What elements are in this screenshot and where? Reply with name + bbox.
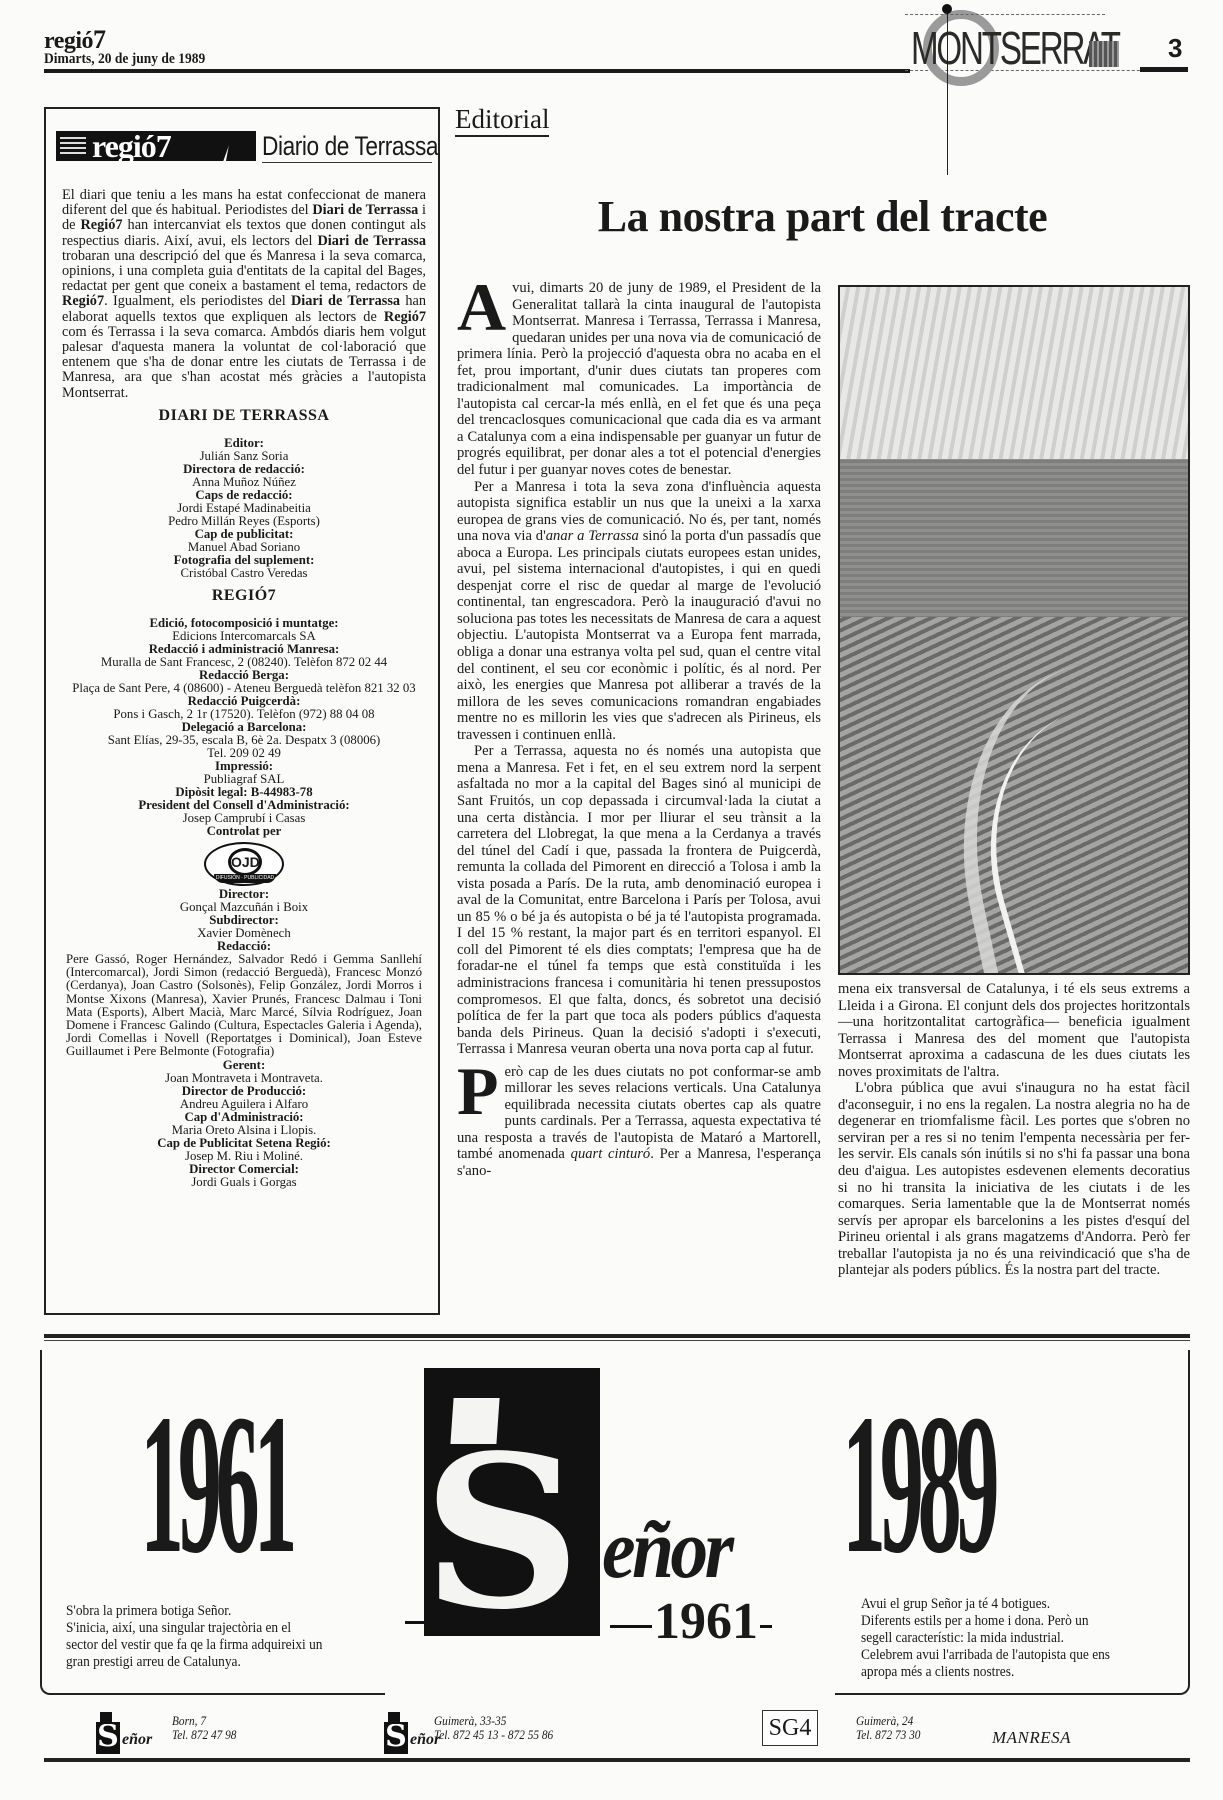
staff-list: Edició, fotocomposició i muntatge:Edicio… [54, 617, 434, 838]
ad-text-line: Avui el grup Señor ja té 4 botigues. [861, 1595, 1050, 1612]
ad-text-line: Diferents estils per a home i dona. Però… [861, 1612, 1089, 1629]
newspaper-name: Regió7 [80, 217, 122, 233]
highway-emblem-icon [1089, 41, 1119, 67]
year-1989: 1989 [842, 1390, 993, 1580]
store-phone: Tel. 872 47 98 [172, 1728, 236, 1742]
page-number-rule [1140, 67, 1188, 72]
staff-name: Andreu Aguilera i Alfaro [54, 1098, 434, 1111]
city-label: MANRESA [992, 1728, 1071, 1748]
logo-stripes-icon [60, 137, 86, 155]
paragraph-text: vui, dimarts 20 de juny de 1989, el Pres… [457, 280, 821, 478]
newspaper-name: Diari de Terrassa [312, 202, 418, 218]
header-rule [44, 69, 910, 73]
paragraph: Per a Terrassa, aquesta no és només una … [457, 743, 821, 1057]
logo-dash [405, 1621, 425, 1624]
ad-top-rule-thin [44, 1340, 1190, 1341]
intro-text: trobaran una descripció del que és Manre… [62, 248, 426, 294]
paragraph: mena eix transversal de Catalunya, i té … [838, 981, 1190, 1080]
ad-text-line: gran prestigi arreu de Catalunya. [66, 1653, 241, 1670]
ad-text-line: segell característic: la mida industrial… [861, 1629, 1064, 1646]
partner-logos: regió7 Diario de Terrassa [56, 131, 430, 161]
ojd-logo: OJD DIFUSIÓN · PUBLICIDAD [204, 842, 284, 886]
section-title: REGIÓ7 [54, 587, 434, 605]
highway-photo [838, 285, 1190, 975]
store-logo-text: eñor [122, 1732, 152, 1748]
masthead: regió7 Dimarts, 20 de juny de 1989 [44, 30, 223, 67]
staff-list: Director:Gonçal Mazcuñán i BoixSubdirect… [54, 888, 434, 940]
store-street: Guimerà, 24 [856, 1714, 920, 1728]
staff-role: Controlat per [54, 825, 434, 838]
senor-s-icon: S [384, 1722, 408, 1754]
staff-name: Josep M. Riu i Moliné. [54, 1150, 434, 1163]
editorial-column-2: mena eix transversal de Catalunya, i té … [838, 981, 1190, 1279]
staff-name: Maria Oreto Alsina i Llopis. [54, 1124, 434, 1137]
staff-role: Gerent: [54, 1059, 434, 1072]
regio7-logo: regió7 [56, 131, 234, 161]
newspaper-brand: regió7 [44, 30, 223, 51]
sg4-store-logo: SG4 [762, 1710, 818, 1746]
newspaper-name: Regió7 [62, 293, 104, 309]
store-street: Born, 7 [172, 1714, 236, 1728]
redaccio-list: Pere Gassó, Roger Hernández, Salvador Re… [54, 953, 434, 1059]
store-list: Señor Born, 7Tel. 872 47 98 Señor Guimer… [96, 1706, 1190, 1756]
staff-list: Gerent:Joan Montraveta i Montraveta.Dire… [54, 1059, 434, 1189]
photo-hills [840, 459, 1188, 619]
brand-seven: 7 [93, 25, 106, 54]
staff-role: Director de Producció: [54, 1085, 434, 1098]
store-address: Guimerà, 33-35Tel. 872 45 13 - 872 55 86 [434, 1714, 553, 1742]
intro-text: com és Terrassa i la seva comarca. Ambdó… [62, 324, 426, 401]
drop-cap: A [457, 282, 506, 332]
ad-text-line: S'obra la primera botiga Señor. [66, 1602, 231, 1619]
store-phone: Tel. 872 45 13 - 872 55 86 [434, 1728, 553, 1742]
store-phone: Tel. 872 73 30 [856, 1728, 920, 1742]
senor-logo-s: S [422, 1438, 581, 1628]
credits-box: regió7 Diario de Terrassa El diari que t… [44, 107, 440, 1315]
newspaper-name: Regió7 [384, 309, 426, 325]
paragraph-text: Per a Terrassa, aquesta no és només una … [457, 743, 821, 1057]
editorial-column-1: Avui, dimarts 20 de juny de 1989, el Pre… [457, 280, 821, 1180]
senor-logo-year: 1961 [610, 1594, 772, 1650]
section-title: DIARI DE TERRASSA [54, 407, 434, 425]
regio7-logo-text: regió7 [92, 128, 171, 164]
headline: La nostra part del tracte [455, 193, 1190, 241]
logo-dash [610, 1625, 652, 1628]
intro-text: . Igualment, els periodistes del [104, 293, 291, 309]
ad-top-rule [44, 1334, 1190, 1338]
section-logo-text: MONTSERRAT [911, 24, 1119, 72]
italic-phrase: quart cinturó [571, 1146, 651, 1162]
senor-logo-text: eñor [602, 1508, 730, 1592]
ad-text-line: apropa més a clients nostres. [861, 1663, 1014, 1680]
store-address: Guimerà, 24Tel. 872 73 30 [856, 1714, 920, 1742]
store-address: Born, 7Tel. 872 47 98 [172, 1714, 236, 1742]
ojd-logo-mark: OJD [228, 848, 262, 876]
pin-line [947, 10, 948, 175]
paragraph-text: sinó la porta d'un passadís que aboca a … [457, 528, 821, 743]
logo-rule [262, 162, 432, 163]
bottom-rule [44, 1758, 1190, 1762]
senor-s-icon: S [96, 1722, 120, 1754]
ad-text-line: S'inicia, així, una singular trajectòria… [66, 1619, 291, 1636]
staff-role: Cap de Publicitat Setena Regió: [54, 1137, 434, 1150]
store-street: Guimerà, 33-35 [434, 1714, 553, 1728]
staff-list: Editor:Julián Sanz SoriaDirectora de red… [54, 437, 434, 580]
newspaper-name: Diari de Terrassa [291, 293, 400, 309]
staff-role: Cap d'Administració: [54, 1111, 434, 1124]
staff-name: Jordi Guals i Gorgas [54, 1176, 434, 1189]
regio7-staff: REGIÓ7 Edició, fotocomposició i muntatge… [54, 587, 434, 1189]
page-number: 3 [1168, 35, 1182, 61]
section-label: Editorial [455, 104, 549, 137]
paragraph: Per a Manresa i tota la seva zona d'infl… [457, 479, 821, 744]
senor-logo: S [424, 1368, 600, 1636]
diari-terrassa-staff: DIARI DE TERRASSA Editor:Julián Sanz Sor… [54, 407, 434, 580]
senor-store-logo: Señor [96, 1710, 156, 1754]
diario-terrassa-logo: Diario de Terrassa [262, 131, 438, 161]
credits-intro: El diari que teniu a les mans ha estat c… [62, 188, 426, 401]
staff-name: Cristóbal Castro Veredas [54, 567, 434, 580]
staff-name: Joan Montraveta i Montraveta. [54, 1072, 434, 1085]
italic-phrase: anar a Terrassa [546, 528, 639, 544]
logo-dash [760, 1625, 772, 1628]
paragraph: L'obra pública que avui s'inaugura no ha… [838, 1080, 1190, 1279]
year-1961: 1961 [140, 1390, 291, 1580]
logo-year-text: 1961 [654, 1593, 758, 1650]
header-dashed-rule-top [905, 14, 1105, 15]
montserrat-section-logo: MONTSERRAT [905, 8, 1120, 76]
paragraph: Avui, dimarts 20 de juny de 1989, el Pre… [457, 280, 821, 479]
ojd-logo-band: DIFUSIÓN · PUBLICIDAD [214, 874, 276, 883]
issue-date: Dimarts, 20 de juny de 1989 [44, 51, 205, 67]
paragraph: Però cap de les dues ciutats no pot conf… [457, 1064, 821, 1180]
ad-text-line: sector del vestir que fa qe la firma adq… [66, 1636, 322, 1653]
staff-role: Director Comercial: [54, 1163, 434, 1176]
pin-dot-icon [942, 4, 952, 14]
ad-text-line: Celebrem avui l'arribada de l'autopista … [861, 1646, 1110, 1663]
drop-cap: P [457, 1066, 499, 1116]
newspaper-name: Diari de Terrassa [317, 233, 426, 249]
